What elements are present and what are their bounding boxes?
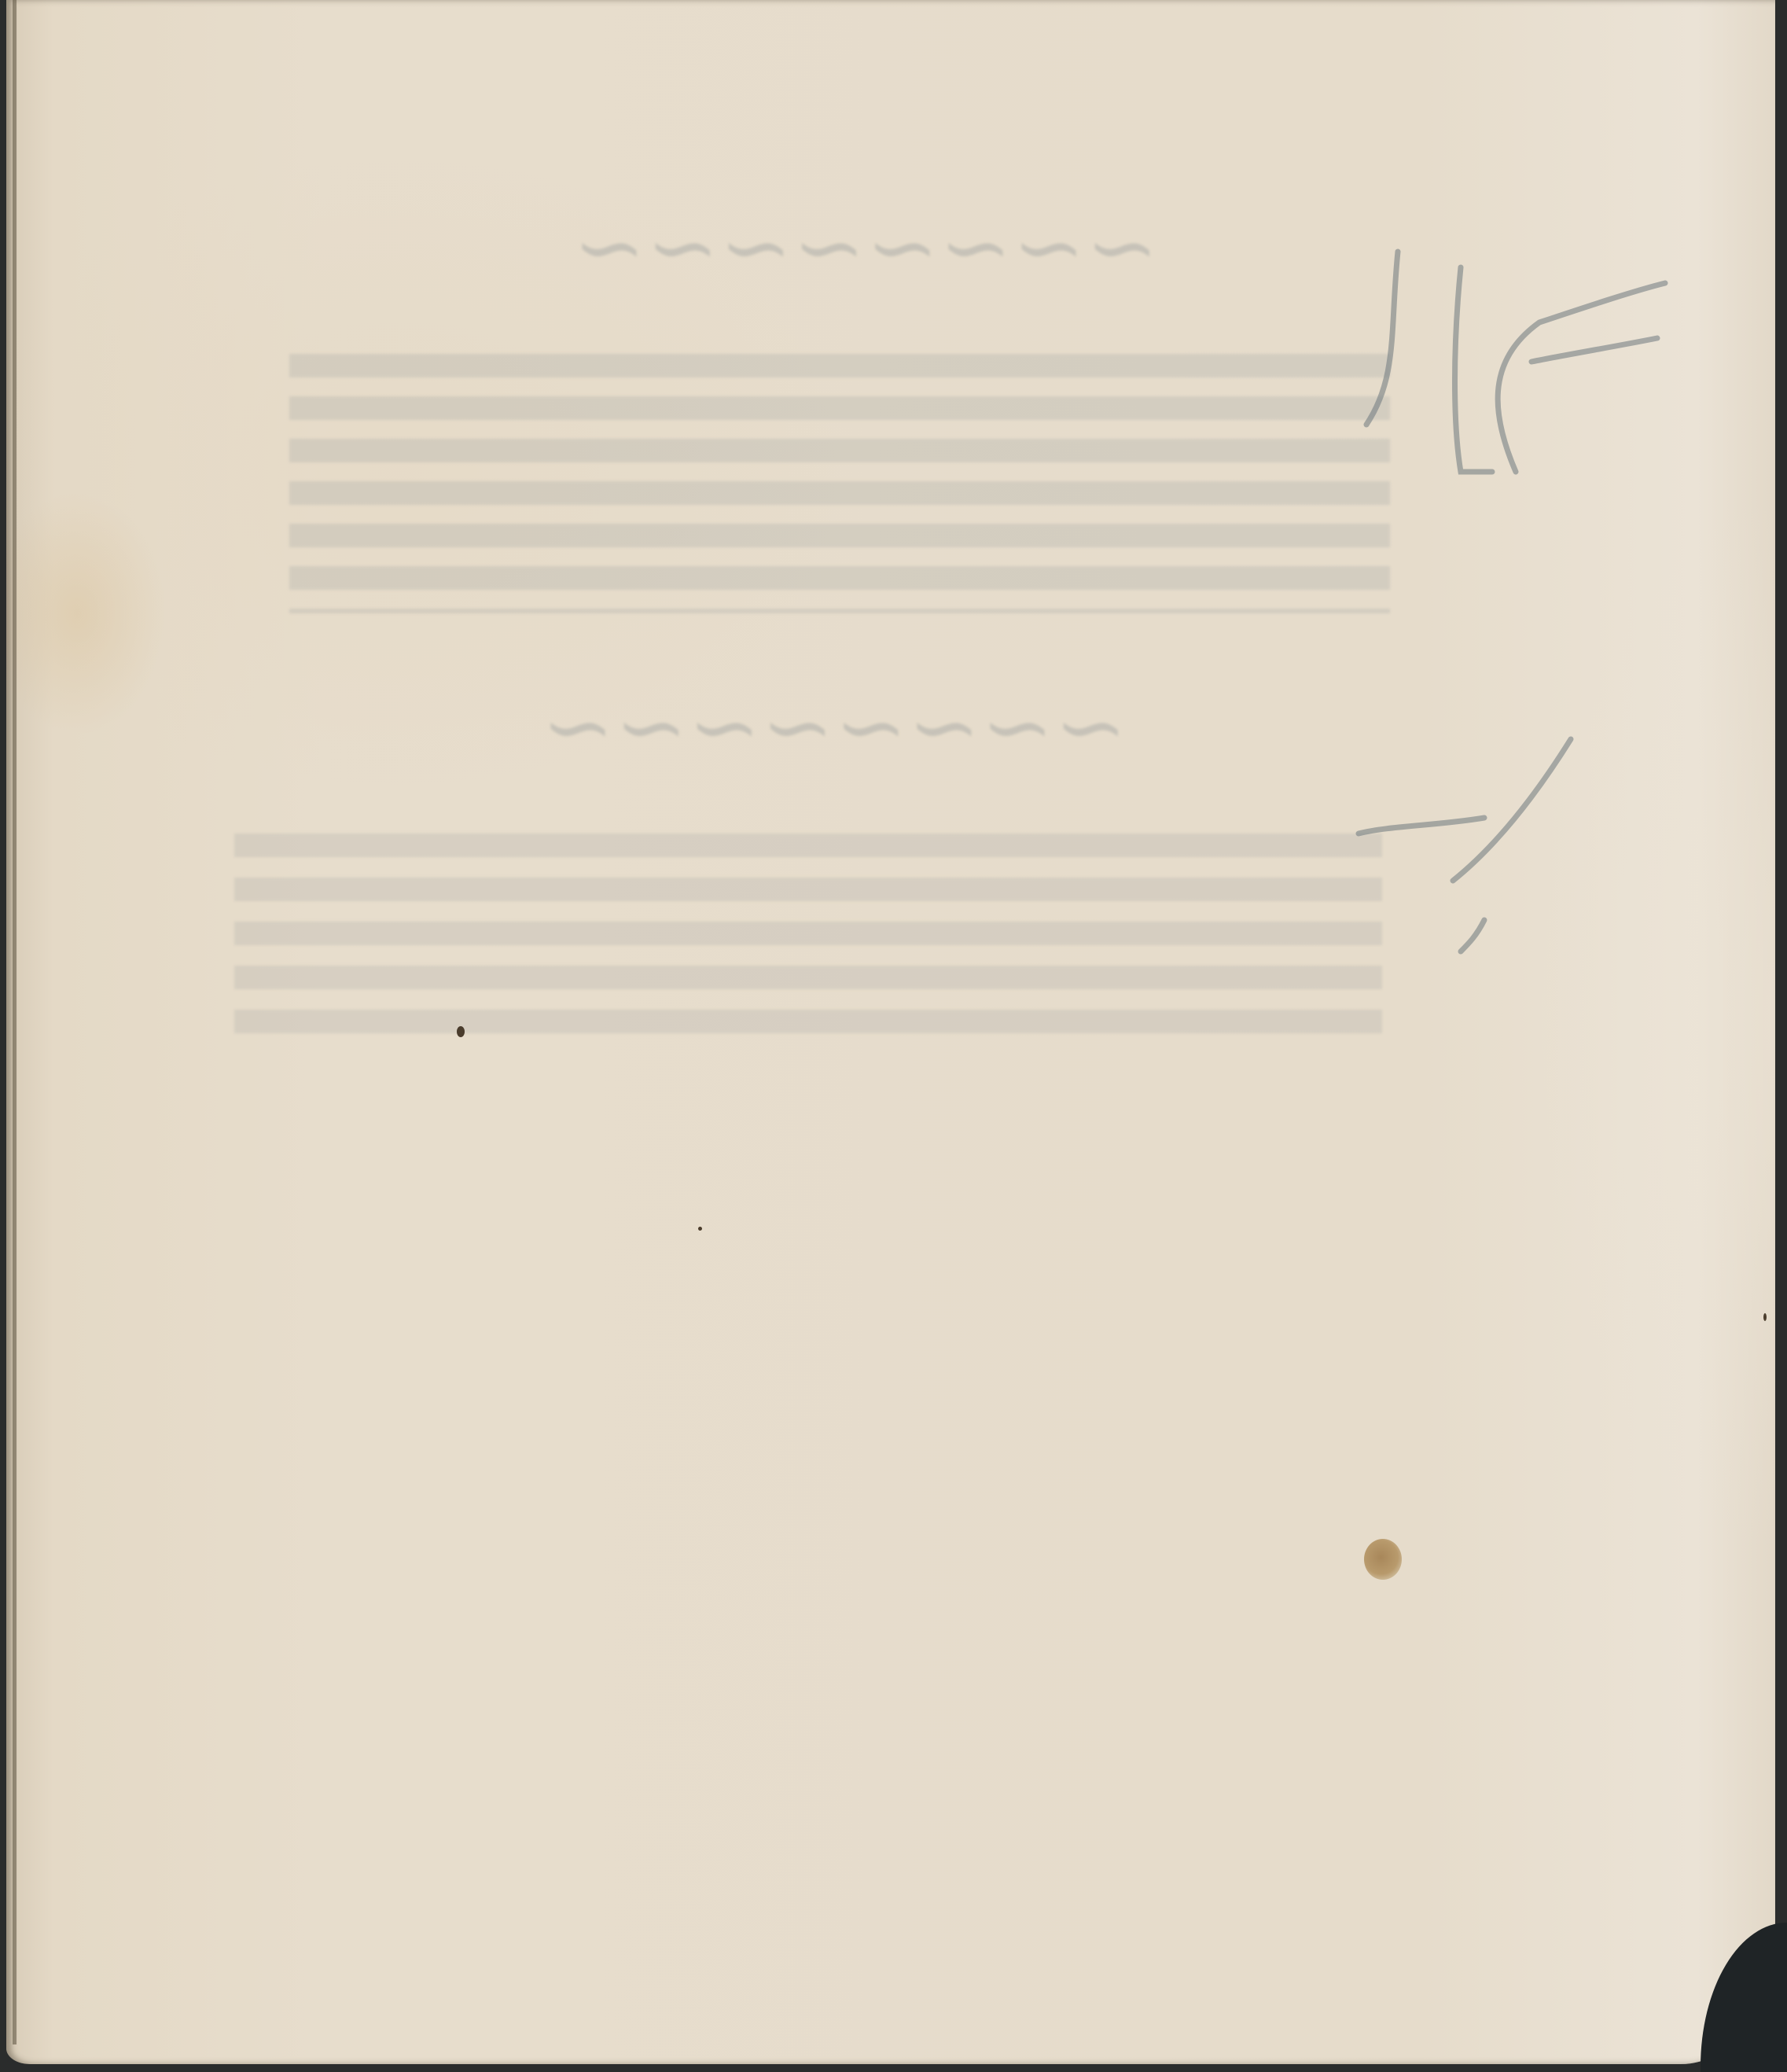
show-through-heading-2: ~~~~~~~~ xyxy=(541,676,1127,777)
show-through-paragraph-2 xyxy=(234,834,1382,1054)
book-page: ~~~~~~~~ ~~~~~~~~ xyxy=(6,0,1775,2064)
ink-speck xyxy=(698,1227,702,1231)
gutter-shadow xyxy=(13,0,17,2044)
ink-speck xyxy=(457,1026,465,1037)
brown-stain xyxy=(1364,1539,1402,1580)
ink-speck xyxy=(1763,1313,1767,1321)
pencil-annotation-middle xyxy=(1343,692,1594,959)
show-through-heading-1: ~~~~~~~~ xyxy=(572,197,1158,297)
pencil-annotation-upper xyxy=(1335,236,1681,503)
show-through-paragraph-1 xyxy=(289,354,1390,613)
